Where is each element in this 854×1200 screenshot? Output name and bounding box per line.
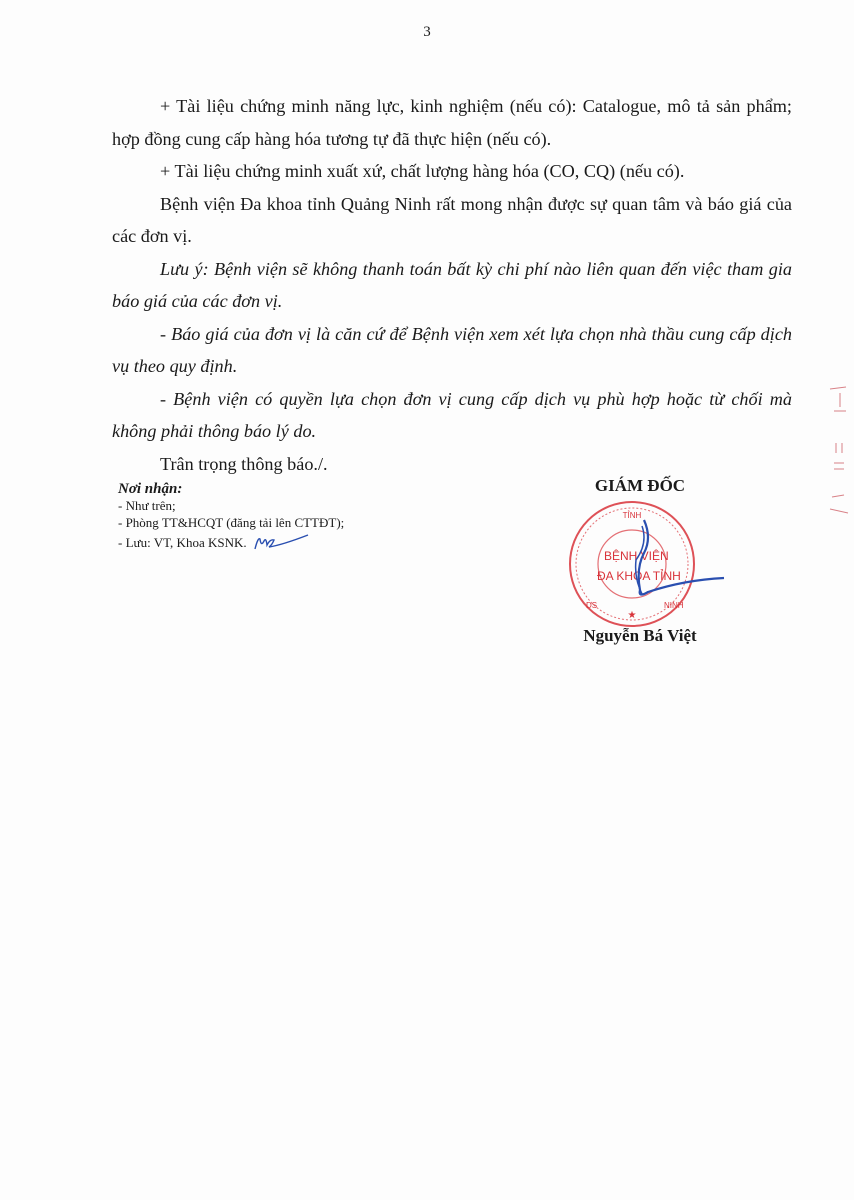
signer-name: Nguyễn Bá Việt — [555, 626, 725, 646]
paragraph-note-basis: - Báo giá của đơn vị là căn cứ để Bệnh v… — [112, 318, 792, 383]
document-body: + Tài liệu chứng minh năng lực, kinh ngh… — [112, 90, 792, 480]
signature-block: GIÁM ĐỐC TỈNH BỆNH VIỆN ĐA KHOA TỈNH DS … — [560, 476, 720, 496]
page-number: 3 — [0, 24, 854, 41]
svg-text:DS: DS — [586, 601, 597, 610]
paragraph-note: Lưu ý: Bệnh viện sẽ không thanh toán bất… — [112, 253, 792, 318]
paragraph-invitation: Bệnh viện Đa khoa tỉnh Quảng Ninh rất mo… — [112, 188, 792, 253]
signer-title: GIÁM ĐỐC — [560, 476, 720, 496]
svg-text:★: ★ — [628, 610, 637, 621]
svg-text:TỈNH: TỈNH — [623, 511, 642, 520]
initials-signature-icon — [252, 531, 312, 558]
recipients-title: Nơi nhận: — [118, 480, 344, 498]
scan-margin-marks — [826, 385, 850, 530]
recipients-block: Nơi nhận: - Như trên; - Phòng TT&HCQT (đ… — [118, 480, 344, 558]
official-stamp-icon: TỈNH BỆNH VIỆN ĐA KHOA TỈNH DS NINH ★ — [564, 498, 734, 633]
svg-text:NINH: NINH — [664, 601, 684, 610]
paragraph-origin-docs: + Tài liệu chứng minh xuất xứ, chất lượn… — [112, 155, 792, 188]
paragraph-capability-docs: + Tài liệu chứng minh năng lực, kinh ngh… — [112, 90, 792, 155]
recipient-item: - Như trên; — [118, 498, 344, 515]
recipient-item: - Phòng TT&HCQT (đăng tải lên CTTĐT); — [118, 515, 344, 532]
recipient-item: - Lưu: VT, Khoa KSNK. — [118, 535, 247, 550]
paragraph-note-rights: - Bệnh viện có quyền lựa chọn đơn vị cun… — [112, 383, 792, 448]
